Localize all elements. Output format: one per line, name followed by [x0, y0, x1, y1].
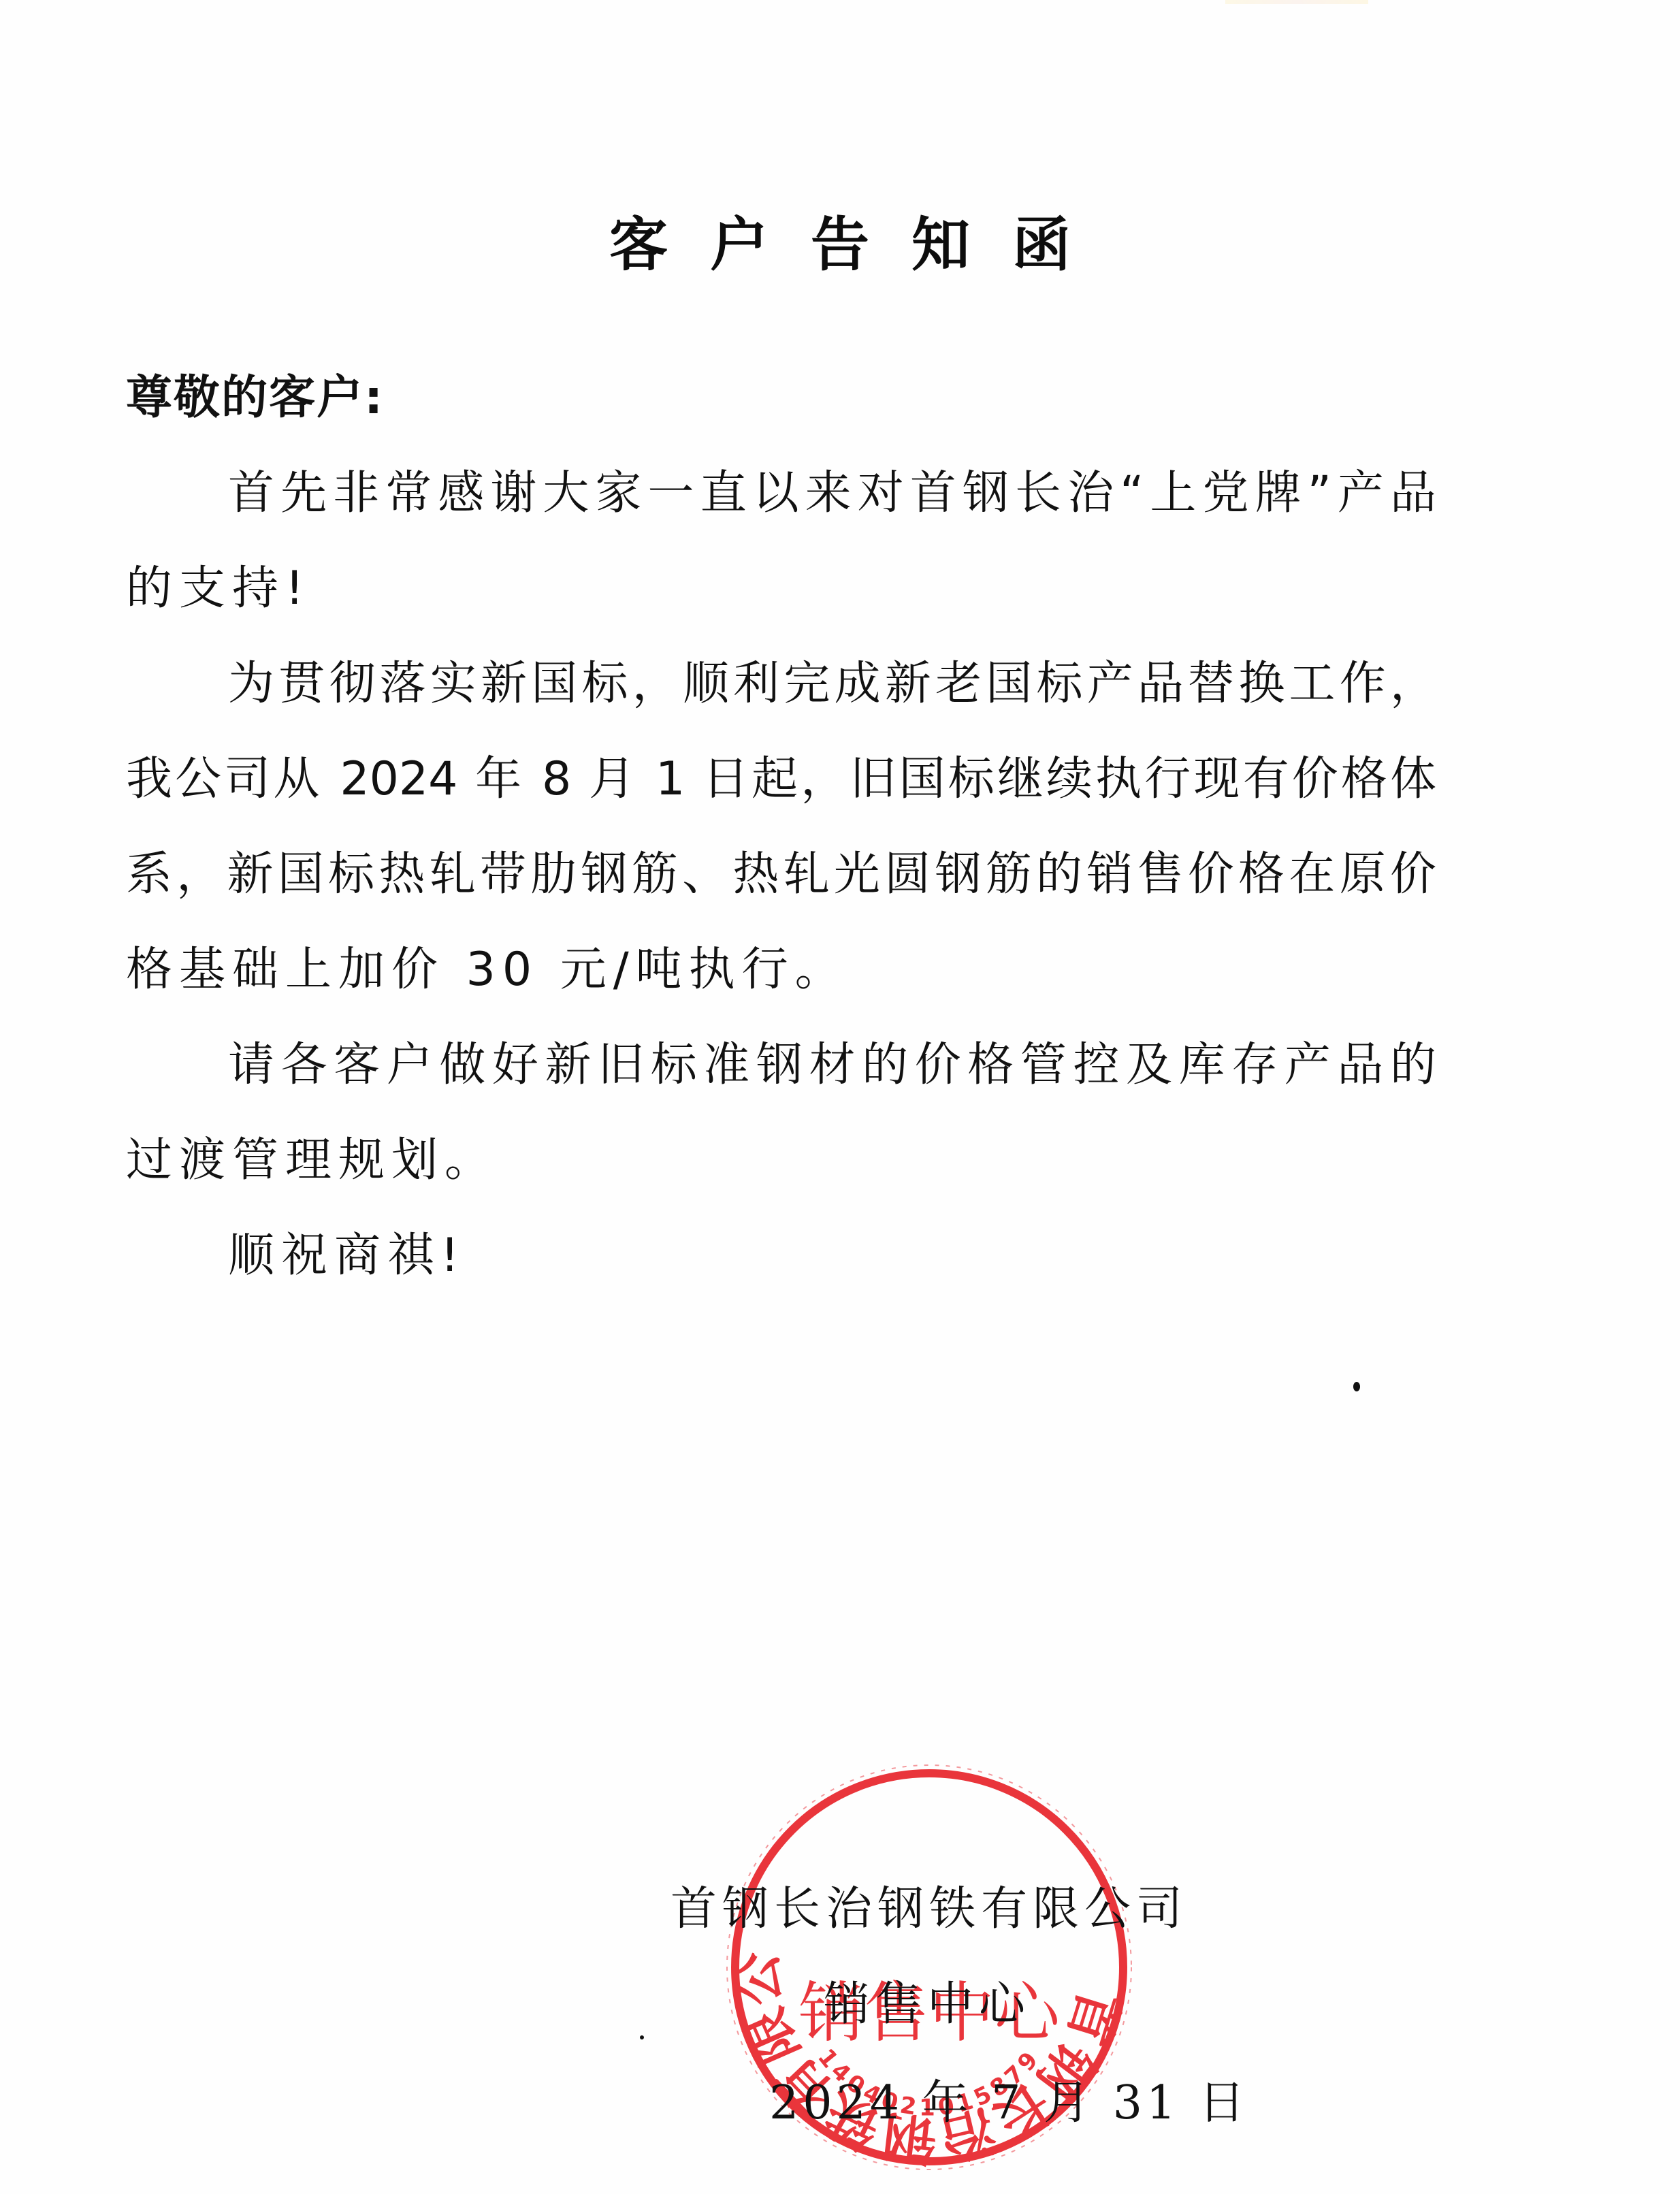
signature-department: 销售中心 [824, 1971, 1031, 2039]
body-line: 的支持! [126, 555, 310, 623]
body-line: 我公司从 2024 年 8 月 1 日起，旧国标继续执行现有价格体 [126, 745, 1436, 813]
scan-edge-artifact [1225, 0, 1368, 4]
body-line: 请各客户做好新旧标准钢材的价格管控及库存产品的 [228, 1031, 1436, 1099]
closing-line: 顺祝商祺! [228, 1222, 466, 1290]
document-page: 客户告知函 尊敬的客户: 首先非常感谢大家一直以来对首钢长治“上党牌”产品 的支… [0, 0, 1680, 2194]
body-line: 过渡管理规划。 [126, 1127, 498, 1195]
body-line: 格基础上加价 30 元/吨执行。 [126, 936, 848, 1004]
salutation: 尊敬的客户: [126, 364, 384, 432]
signature-date: 2024 年 7 月 31 日 [769, 2069, 1249, 2137]
body-line: 为贯彻落实新国标，顺利完成新老国标产品替换工作， [228, 650, 1436, 718]
body-line: 系，新国标热轧带肋钢筋、热轧光圆钢筋的销售价格在原价 [126, 841, 1436, 909]
scan-speck [1353, 1382, 1360, 1391]
document-title: 客户告知函 [0, 204, 1680, 286]
body-line: 首先非常感谢大家一直以来对首钢长治“上党牌”产品 [228, 459, 1436, 528]
scan-speck [640, 2035, 644, 2039]
signature-company: 首钢长治钢铁有限公司 [671, 1875, 1188, 1943]
